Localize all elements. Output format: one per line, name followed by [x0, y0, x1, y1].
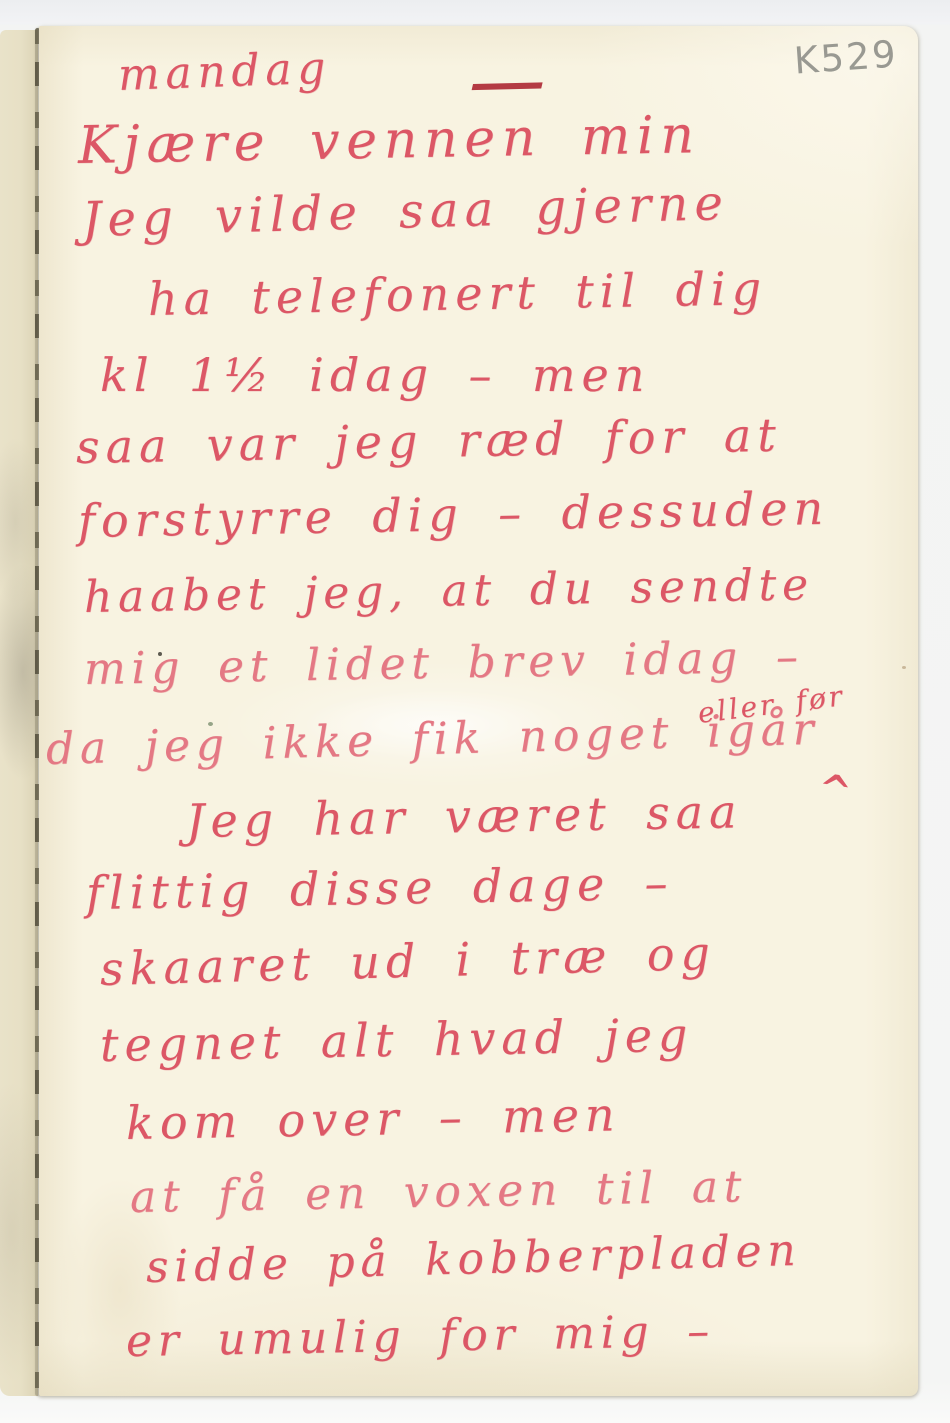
handwritten-line: Kjære vennen min: [78, 109, 702, 172]
handwritten-line: at få en voxen til at: [130, 1165, 748, 1220]
caret-mark: ^: [815, 768, 859, 814]
handwritten-line: Jeg har været saa: [186, 788, 743, 844]
handwritten-line: forstyrre dig – dessuden: [78, 485, 830, 544]
under-page-edge: [0, 30, 38, 1396]
ink-speck: [902, 666, 906, 669]
handwritten-line: er umulig for mig –: [126, 1310, 716, 1364]
handwritten-line: tegnet alt hvad jeg: [100, 1012, 694, 1068]
scan-background: K529 mandag — Kjære vennen min Jeg vilde…: [0, 0, 950, 1423]
handwritten-line: kom over – men: [126, 1091, 621, 1146]
handwritten-line: saa var jeg ræd for at: [76, 412, 782, 470]
handwritten-line: flittig disse dage –: [86, 860, 674, 916]
date-line: mandag: [117, 47, 332, 98]
handwritten-line: haabet jeg, at du sendte: [84, 563, 814, 620]
handwritten-line: kl 1½ idag – men: [100, 352, 650, 398]
emphasis-dash: —: [467, 56, 558, 110]
catalog-mark: K529: [793, 32, 900, 82]
handwritten-line: ha telefonert til dig: [148, 265, 768, 322]
handwritten-line: mig et lidet brev idag –: [84, 635, 804, 692]
